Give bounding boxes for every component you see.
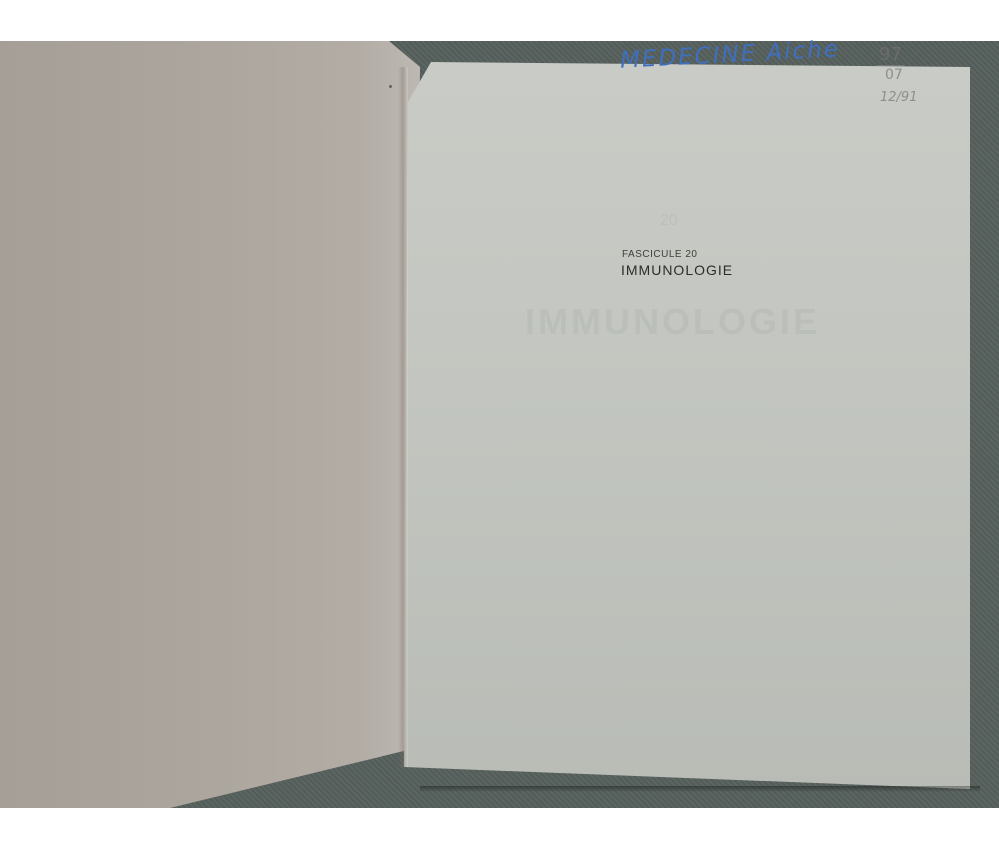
pencil-number-top: 97 — [877, 44, 904, 66]
paper-speck — [389, 85, 392, 88]
show-through-number: 20 — [660, 212, 678, 230]
pencil-date: 12/91 — [880, 90, 917, 105]
pencil-number-bottom: 07 — [885, 67, 903, 83]
right-page-title-page — [404, 62, 970, 789]
page-title: IMMUNOLOGIE — [621, 262, 733, 278]
book-photo — [0, 41, 999, 808]
left-page-inside-cover — [0, 41, 420, 808]
page-shadow — [420, 786, 980, 792]
show-through-title: IMMUNOLOGIE — [525, 301, 820, 343]
book-gutter — [398, 67, 408, 767]
fascicule-label: FASCICULE 20 — [622, 249, 697, 260]
